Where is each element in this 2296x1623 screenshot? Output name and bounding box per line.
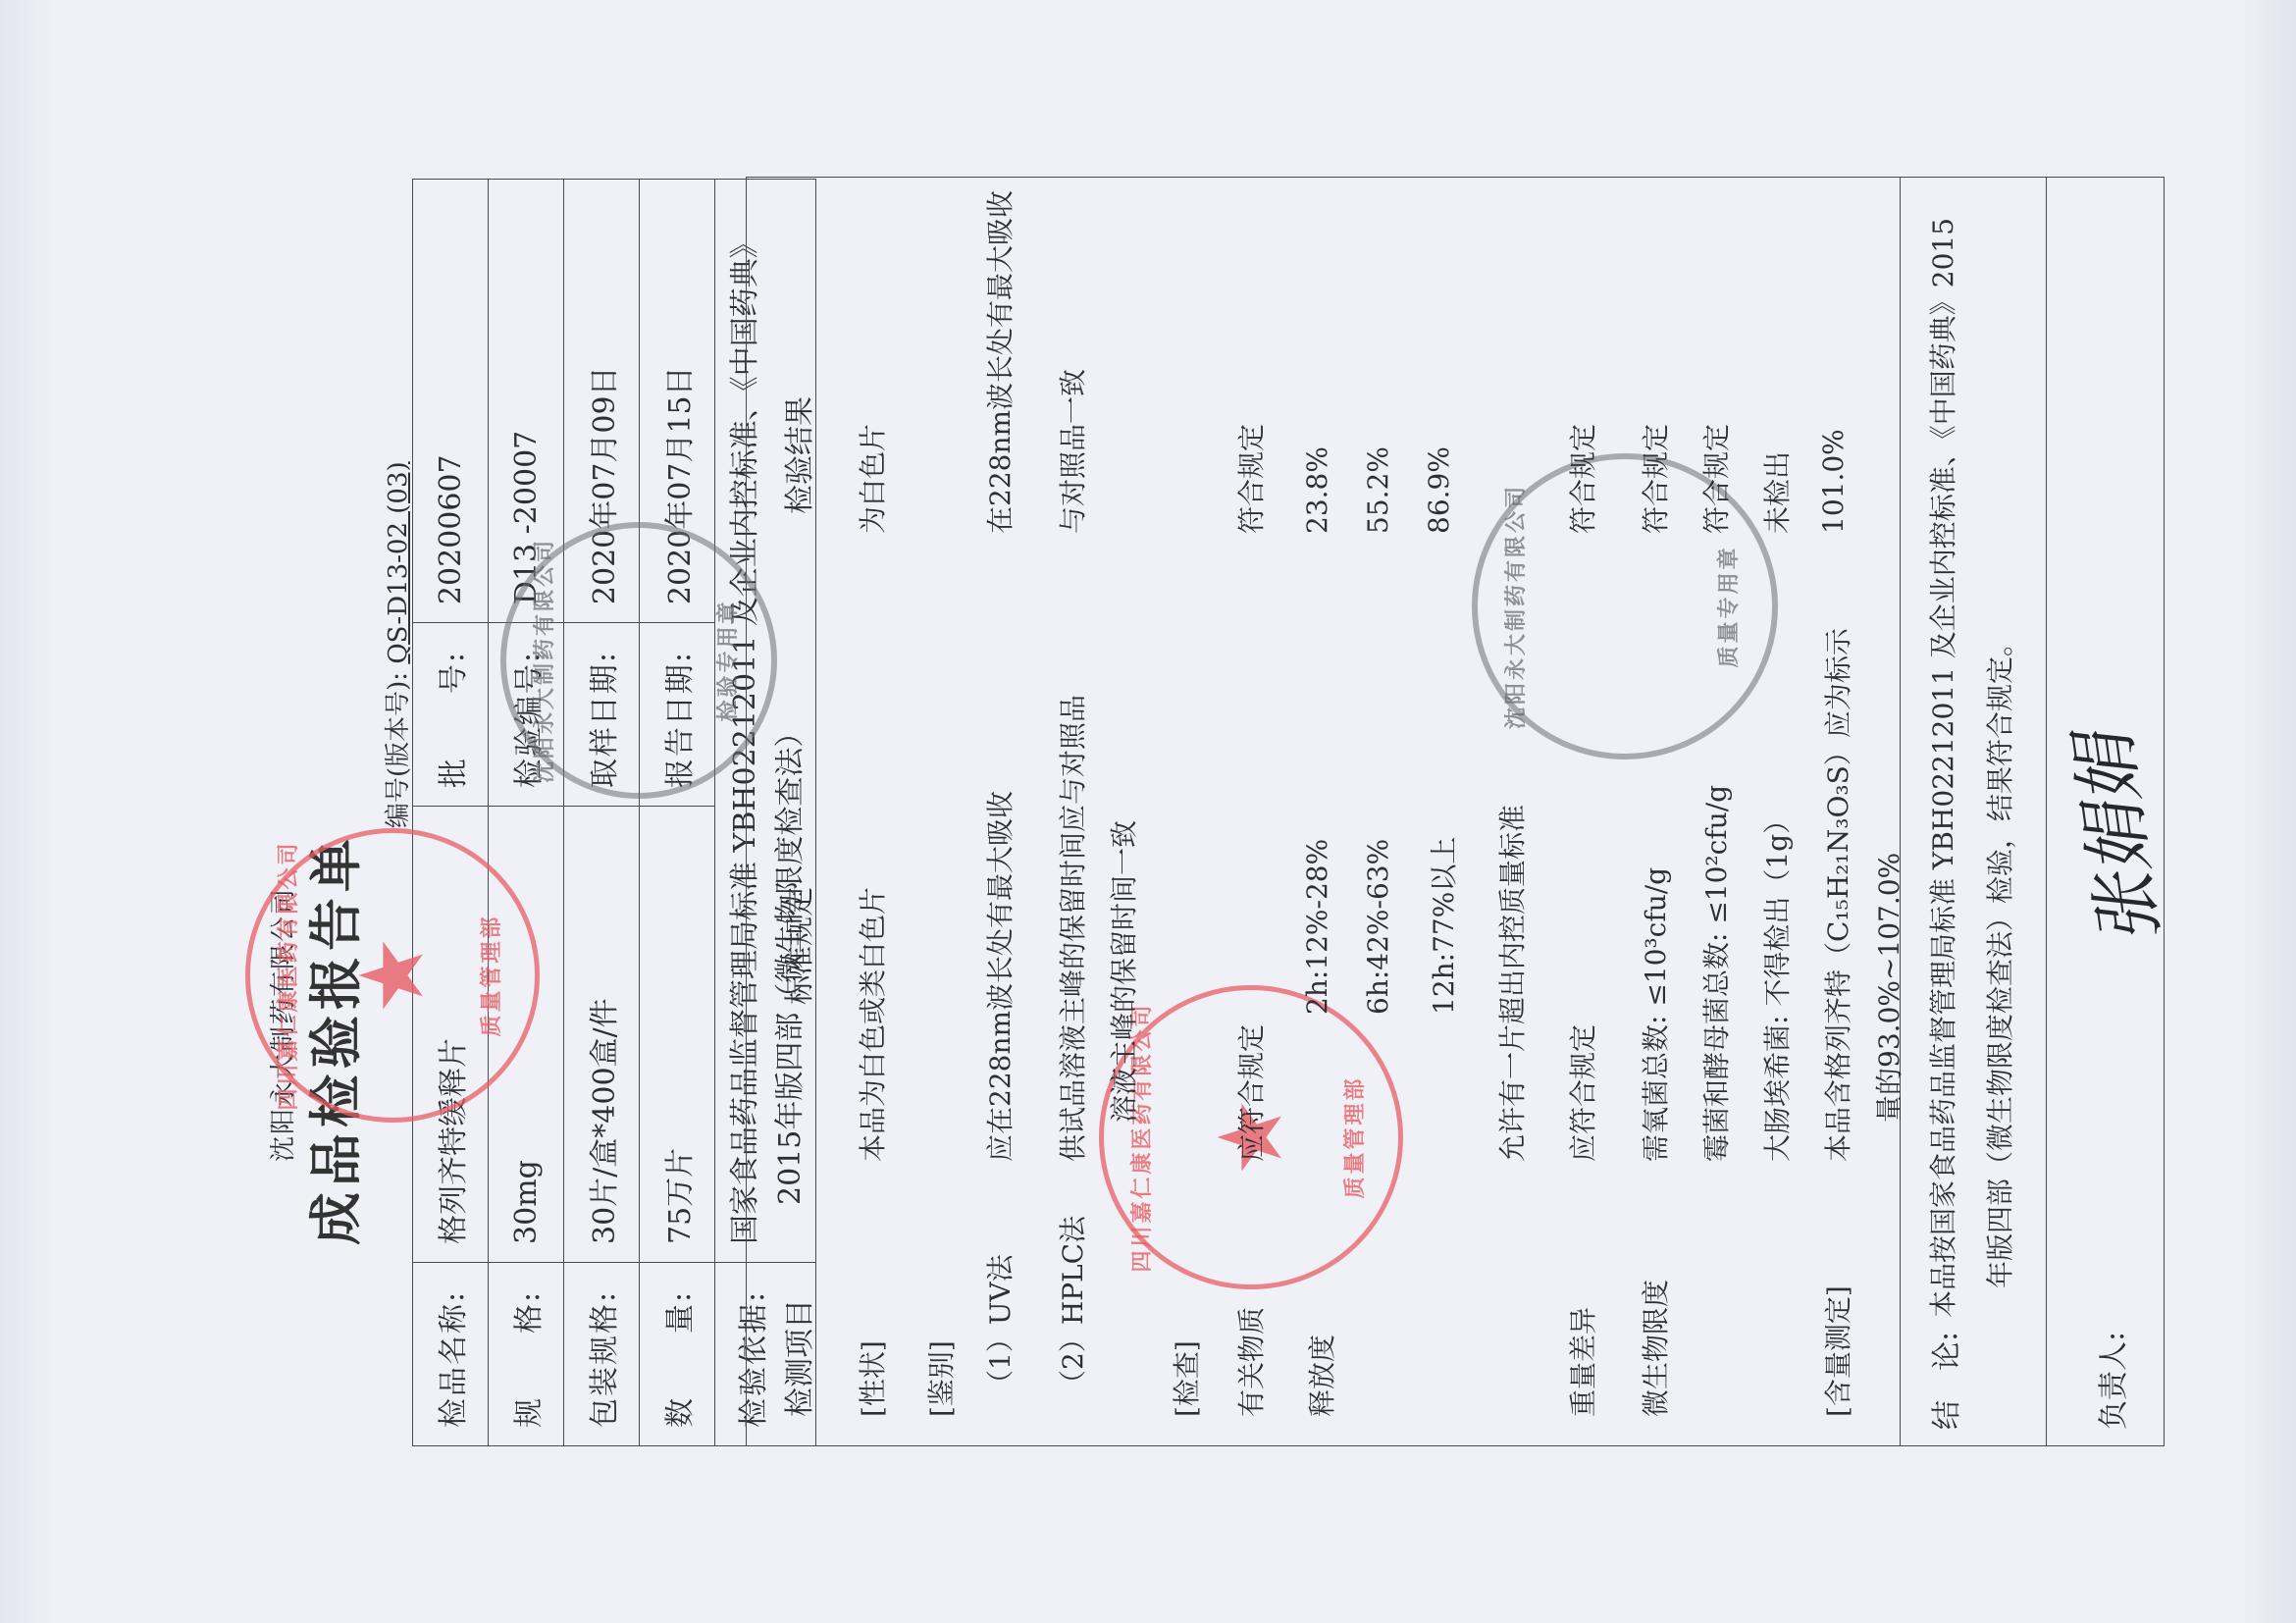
test-result: 23.8% (1301, 446, 1333, 534)
quantity-label: 数 量: (640, 1263, 715, 1446)
inspection-report-sheet: 沈阳永大制药有限公司 成品检验报告单 编号(版本号): QS-D13-02 (0… (0, 0, 2296, 1623)
conclusion-box: 结 论: 本品按国家食品药品监督管理局标准 YBH02212011 及企业内控标… (1899, 177, 2047, 1446)
test-item: （2）HPLC法 (1052, 1216, 1091, 1397)
test-standard: 供试品溶液主峰的保留时间应与对照品 (1052, 695, 1091, 1162)
batch-value: 20200607 (413, 180, 489, 623)
test-result: 101.0% (1817, 429, 1850, 534)
quantity-value: 75万片 (640, 807, 715, 1263)
test-result: 未检出 (1756, 451, 1796, 534)
test-result: 为白色片 (852, 424, 891, 534)
column-header-item: 检测项目 (775, 1299, 818, 1417)
test-result: 符合规定 (1696, 424, 1735, 534)
responsible-label: 负责人: (2089, 1332, 2132, 1430)
test-item: [鉴别] (920, 1340, 960, 1417)
batch-label: 批 号: (413, 623, 489, 807)
test-standard-cont: 量的93.0%~107.0% (1868, 853, 1907, 1123)
test-standard: 12h:77%以上 (1423, 837, 1462, 1015)
test-result: 符合规定 (1230, 424, 1270, 534)
conclusion-label: 结 论: (1922, 1332, 1965, 1430)
test-result: 符合规定 (1635, 424, 1674, 534)
document-number: 编号(版本号): QS-D13-02 (03) (378, 461, 414, 828)
gray-inspection-stamp: 沈阳永大制药有限公司 检验专用章 (500, 522, 777, 799)
test-result: 与对照品一致 (1052, 369, 1091, 534)
star-icon: ★ (341, 936, 444, 1016)
test-standard: 本品含格列齐特（C₁₅H₂₁N₃O₃S）应为标示 (1817, 628, 1856, 1162)
test-item: [含量测定] (1817, 1285, 1856, 1417)
test-standard: 大肠埃希菌: 不得检出（1g） (1756, 807, 1796, 1162)
test-item: 微生物限度 (1635, 1280, 1674, 1417)
column-header-result: 检验结果 (775, 396, 818, 514)
test-standard: 应在228nm波长处有最大吸收 (979, 791, 1018, 1162)
test-standard: 允许有一片超出内控质量标准 (1491, 805, 1531, 1162)
test-standard: 需氧菌总数: ≤10³cfu/g (1635, 867, 1674, 1162)
test-item: （1）UV法 (979, 1254, 1018, 1397)
product-name-label: 检品名称: (413, 1263, 489, 1446)
test-standard-cont: 溶液主峰的保留时间一致 (1103, 820, 1142, 1123)
test-item: 重量差异 (1562, 1307, 1601, 1417)
column-header-standard: 标准规定 (775, 887, 818, 1005)
test-standard: 2h:12%-28% (1301, 839, 1333, 1015)
package-value: 30片/盒*400盒/件 (564, 807, 640, 1263)
test-result: 86.9% (1423, 446, 1455, 534)
test-item: 释放度 (1301, 1335, 1340, 1417)
conclusion-line-2: 年版四部（微生物限度检查法）检验，结果符合规定。 (1979, 629, 2018, 1288)
test-result: 55.2% (1362, 446, 1394, 534)
test-item: [检查] (1166, 1340, 1205, 1417)
test-standard: 6h:42%-63% (1362, 839, 1394, 1015)
test-standard: 本品为白色或类白色片 (852, 887, 891, 1162)
test-standard: 应符合规定 (1230, 1024, 1270, 1162)
test-standard: 霉菌和酵母菌总数: ≤10²cfu/g (1696, 785, 1735, 1162)
test-item: 有关物质 (1230, 1307, 1270, 1417)
test-standard: 应符合规定 (1562, 1024, 1601, 1162)
package-label: 包装规格: (564, 1263, 640, 1446)
test-item: [性状] (852, 1340, 891, 1417)
red-quality-stamp-top: 四川嘉仁康医药有限公司 ★ 质量管理部 (245, 828, 540, 1123)
test-result: 符合规定 (1562, 424, 1601, 534)
spec-label: 规 格: (489, 1263, 564, 1446)
test-result: 在228nm波长处有最大吸收 (979, 190, 1018, 534)
conclusion-line-1: 本品按国家食品药品监督管理局标准 YBH02212011 及企业内控标准、《中国… (1922, 218, 1961, 1318)
